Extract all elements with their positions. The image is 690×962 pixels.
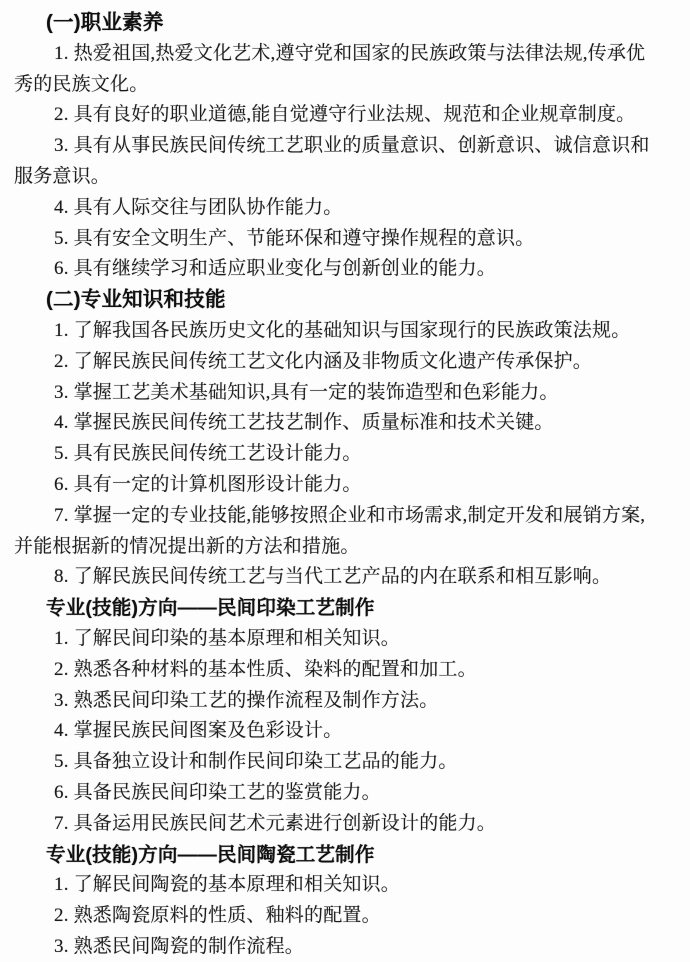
list-item: 4. 具有人际交往与团队协作能力。 bbox=[14, 193, 654, 224]
list-item: 1. 热爱祖国,热爱文化艺术,遵守党和国家的民族政策与法律法规,传承优秀的民族文… bbox=[14, 39, 654, 101]
list-item: 1. 了解我国各民族历史文化的基础知识与国家现行的民族政策法规。 bbox=[14, 316, 654, 347]
section-heading-professional-knowledge: (二)专业知识和技能 bbox=[14, 285, 654, 316]
list-item: 6. 具有一定的计算机图形设计能力。 bbox=[14, 470, 654, 501]
list-item: 6. 具有继续学习和适应职业变化与创新创业的能力。 bbox=[14, 254, 654, 285]
list-item: 1. 了解民间印染的基本原理和相关知识。 bbox=[14, 624, 654, 655]
document-page: (一)职业素养 1. 热爱祖国,热爱文化艺术,遵守党和国家的民族政策与法律法规,… bbox=[0, 0, 690, 962]
list-item: 3. 熟悉民间印染工艺的操作流程及制作方法。 bbox=[14, 686, 654, 717]
list-item: 5. 具有安全文明生产、节能环保和遵守操作规程的意识。 bbox=[14, 224, 654, 255]
list-item: 5. 具有民族民间传统工艺设计能力。 bbox=[14, 439, 654, 470]
subheading-folk-dyeing-direction: 专业(技能)方向——民间印染工艺制作 bbox=[14, 593, 654, 624]
list-item: 4. 掌握民族民间图案及色彩设计。 bbox=[14, 716, 654, 747]
list-item: 6. 具备民族民间印染工艺的鉴赏能力。 bbox=[14, 778, 654, 809]
list-item: 2. 熟悉陶瓷原料的性质、釉料的配置。 bbox=[14, 901, 654, 932]
list-item: 7. 掌握一定的专业技能,能够按照企业和市场需求,制定开发和展销方案,并能根据新… bbox=[14, 501, 654, 563]
list-item: 4. 掌握民族民间传统工艺技艺制作、质量标准和技术关键。 bbox=[14, 408, 654, 439]
list-item: 3. 熟悉民间陶瓷的制作流程。 bbox=[14, 932, 654, 962]
section-heading-occupational-quality: (一)职业素养 bbox=[14, 8, 654, 39]
list-item: 3. 具有从事民族民间传统工艺职业的质量意识、创新意识、诚信意识和服务意识。 bbox=[14, 131, 654, 193]
list-item: 3. 掌握工艺美术基础知识,具有一定的装饰造型和色彩能力。 bbox=[14, 378, 654, 409]
list-item: 7. 具备运用民族民间艺术元素进行创新设计的能力。 bbox=[14, 809, 654, 840]
list-item: 2. 具有良好的职业道德,能自觉遵守行业法规、规范和企业规章制度。 bbox=[14, 100, 654, 131]
list-item: 8. 了解民族民间传统工艺与当代工艺产品的内在联系和相互影响。 bbox=[14, 562, 654, 593]
list-item: 5. 具备独立设计和制作民间印染工艺品的能力。 bbox=[14, 747, 654, 778]
list-item: 2. 熟悉各种材料的基本性质、染料的配置和加工。 bbox=[14, 655, 654, 686]
list-item: 1. 了解民间陶瓷的基本原理和相关知识。 bbox=[14, 870, 654, 901]
subheading-folk-ceramics-direction: 专业(技能)方向——民间陶瓷工艺制作 bbox=[14, 840, 654, 871]
list-item: 2. 了解民族民间传统工艺文化内涵及非物质文化遗产传承保护。 bbox=[14, 347, 654, 378]
